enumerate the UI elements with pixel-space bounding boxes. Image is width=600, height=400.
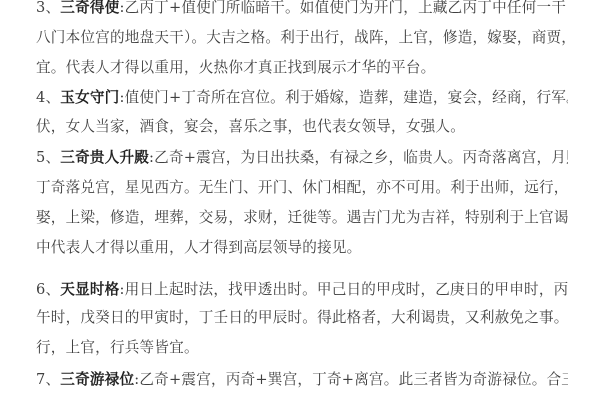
section-text: :用日上起时法，找甲透出时。甲己日的甲戌时，乙庚日的甲申时，丙辛日的甲 (119, 281, 568, 298)
section-number: 5、 (36, 149, 60, 166)
section-number: 4、 (36, 89, 60, 106)
section-term: 天显时格 (60, 281, 119, 298)
section-3-line-1: 3、三奇得使:乙丙丁+值使门所临暗干。如值使门为开门，上藏乙丙丁中任何一干（暗干… (36, 0, 568, 19)
section-text: :值使门+丁奇所在宫位。利于婚嫁，造葬，建造，宴会，经商，行军。代表埋 (119, 89, 568, 106)
section-text: :乙奇+震宫，丙奇+巽宫，丁奇+离宫。此三者皆为奇游禄位。合三吉门，则 (134, 371, 568, 388)
section-text: 八门本位宫的地盘天干）。大吉之格。利于出行，战阵，上官，修造，嫁娶，商贾，百事皆 (36, 29, 568, 46)
section-5-line-1: 5、三奇贵人升殿:乙奇+震宫，为日出扶桑，有禄之乡，临贵人。丙奇落离宫，月照端门… (36, 147, 568, 169)
section-4-line-2: 伏，女人当家，酒食，宴会，喜乐之事，也代表女领导，女强人。 (36, 116, 568, 138)
section-text: 午时，戊癸日的甲寅时，丁壬日的甲辰时。得此格者，大利谒贵，又利赦免之事。求财，远 (36, 309, 568, 326)
section-5-line-4: 中代表人才得以重用，人才得到高层领导的接见。 (36, 237, 568, 259)
section-5-line-3: 娶，上梁，修造，埋葬，交易，求财，迁徙等。遇吉门尤为吉祥，特别利于上官谒贵。生活 (36, 207, 568, 229)
section-number: 6、 (36, 281, 60, 298)
section-6-line-2: 午时，戊癸日的甲寅时，丁壬日的甲辰时。得此格者，大利谒贵，又利赦免之事。求财，远 (36, 307, 568, 329)
section-6-line-1: 6、天显时格:用日上起时法，找甲透出时。甲己日的甲戌时，乙庚日的甲申时，丙辛日的… (36, 279, 568, 301)
document-page: 3、三奇得使:乙丙丁+值使门所临暗干。如值使门为开门，上藏乙丙丁中任何一干（暗干… (0, 0, 600, 400)
section-text: :乙奇+震宫，为日出扶桑，有禄之乡，临贵人。丙奇落离宫，月照端门； (149, 149, 568, 166)
section-term: 玉女守门 (60, 89, 119, 106)
section-text: :乙丙丁+值使门所临暗干。如值使门为开门，上藏乙丙丁中任何一干（暗干为 (119, 0, 568, 16)
section-number: 7、 (36, 371, 60, 388)
section-4-line-1: 4、玉女守门:值使门+丁奇所在宫位。利于婚嫁，造葬，建造，宴会，经商，行军。代表… (36, 87, 568, 109)
section-6-line-3: 行，上官，行兵等皆宜。 (36, 337, 568, 359)
section-text: 中代表人才得以重用，人才得到高层领导的接见。 (36, 239, 361, 256)
section-text: 行，上官，行兵等皆宜。 (36, 339, 199, 356)
section-term: 三奇贵人升殿 (60, 149, 149, 166)
section-5-line-2: 丁奇落兑宫，星见西方。无生门、开门、休门相配，亦不可用。利于出师，远行，征讨，嫁 (36, 177, 568, 199)
section-7-line-1: 7、三奇游禄位:乙奇+震宫，丙奇+巽宫，丁奇+离宫。此三者皆为奇游禄位。合三吉门… (36, 369, 568, 391)
section-number: 3、 (36, 0, 60, 16)
section-term: 三奇得使 (60, 0, 119, 16)
section-text: 娶，上梁，修造，埋葬，交易，求财，迁徙等。遇吉门尤为吉祥，特别利于上官谒贵。生活 (36, 209, 568, 226)
section-3-line-3: 宜。代表人才得以重用，火热你才真正找到展示才华的平台。 (36, 57, 568, 79)
section-term: 三奇游禄位 (60, 371, 134, 388)
section-text: 伏，女人当家，酒食，宴会，喜乐之事，也代表女领导，女强人。 (36, 118, 465, 135)
section-3-line-2: 八门本位宫的地盘天干）。大吉之格。利于出行，战阵，上官，修造，嫁娶，商贾，百事皆 (36, 27, 568, 49)
section-text: 宜。代表人才得以重用，火热你才真正找到展示才华的平台。 (36, 59, 435, 76)
section-text: 丁奇落兑宫，星见西方。无生门、开门、休门相配，亦不可用。利于出师，远行，征讨，嫁 (36, 179, 568, 196)
